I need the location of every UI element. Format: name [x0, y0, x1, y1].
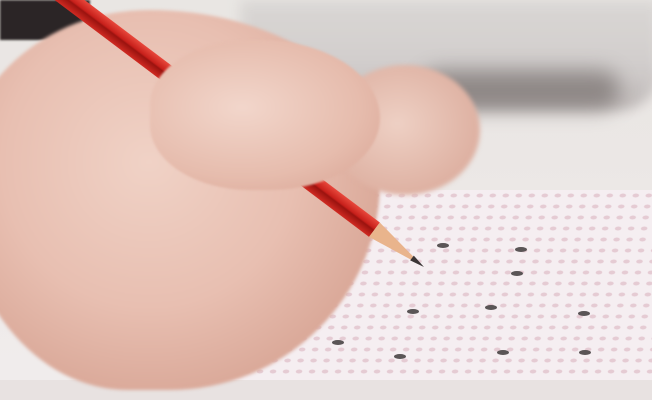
filled-bubble: [485, 305, 497, 310]
filled-bubble: [332, 340, 344, 345]
index-finger: [150, 40, 380, 190]
filled-bubble: [578, 311, 590, 316]
filled-bubble: [515, 247, 527, 252]
filled-bubble: [394, 354, 406, 359]
filled-bubble: [579, 350, 591, 355]
filled-bubble: [497, 350, 509, 355]
filled-bubble: [437, 243, 449, 248]
filled-bubble: [511, 271, 523, 276]
filled-bubble: [407, 309, 419, 314]
photo-scene: [0, 0, 652, 400]
